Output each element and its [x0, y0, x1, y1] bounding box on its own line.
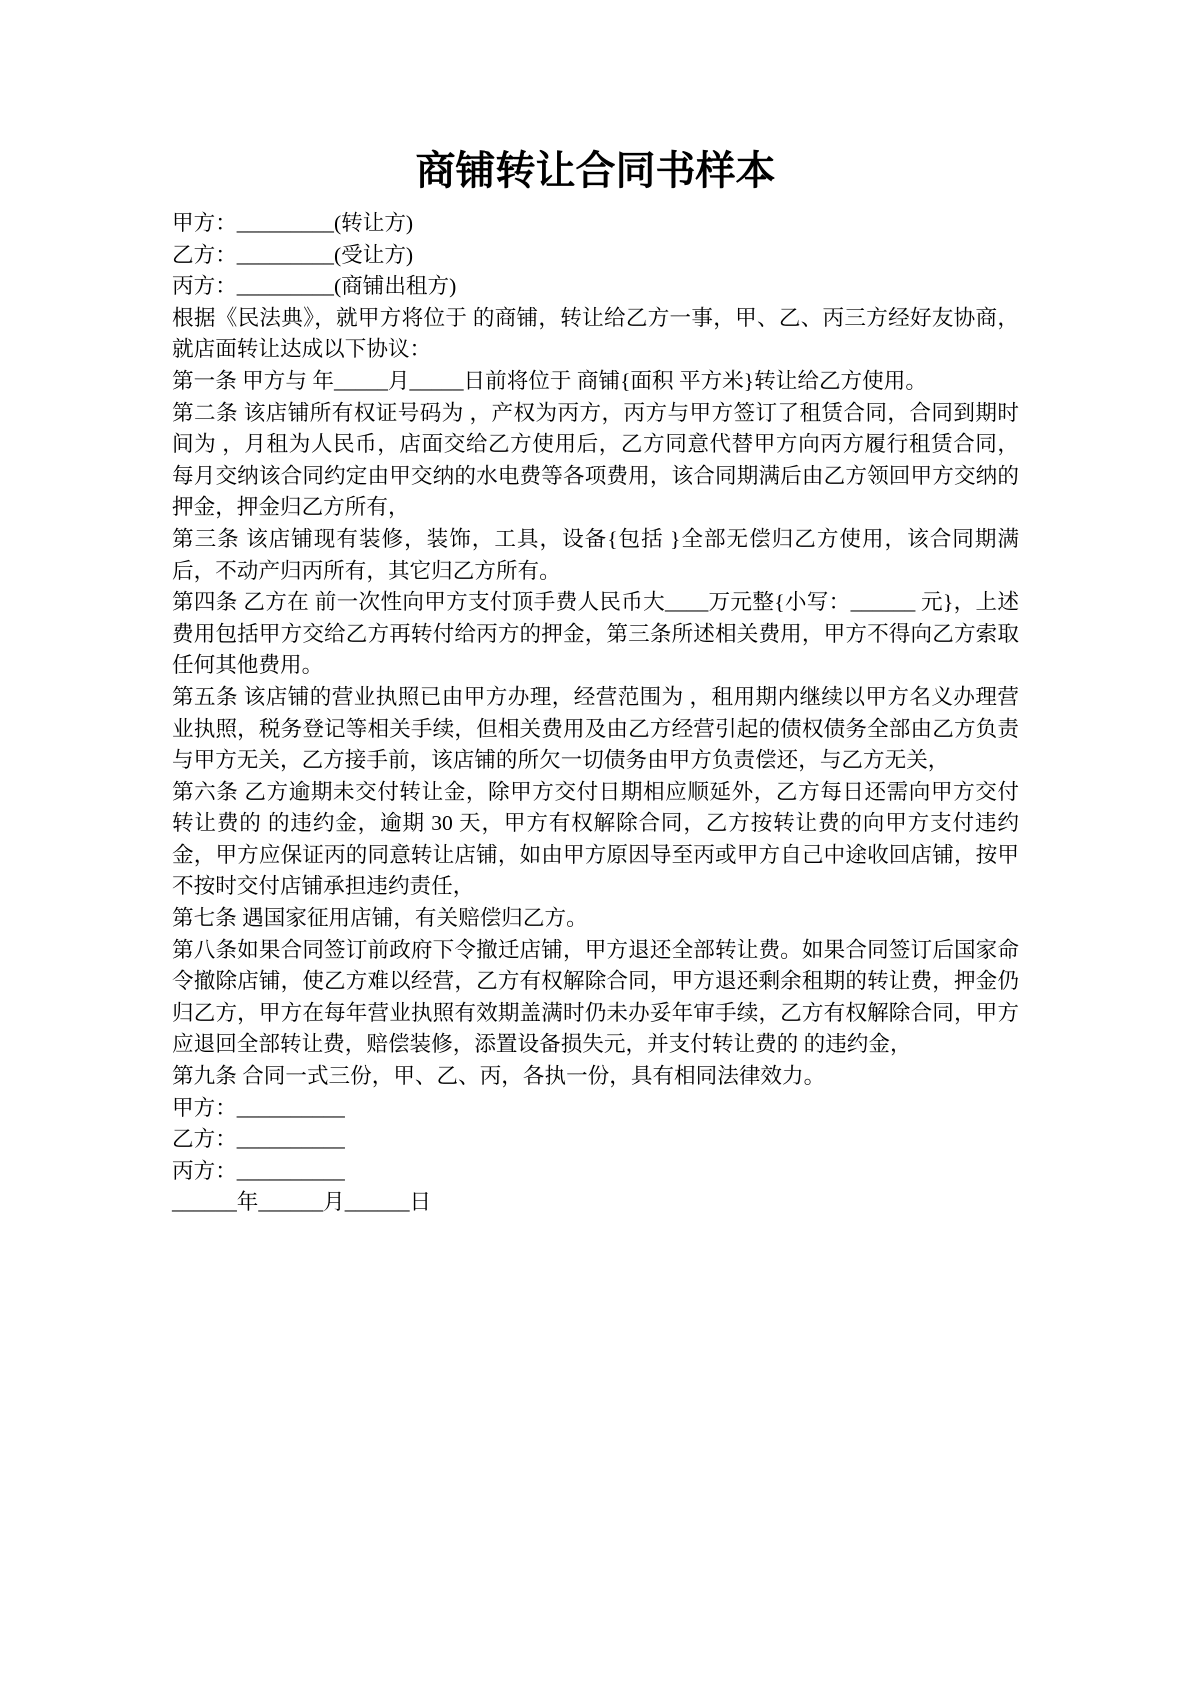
contract-page: 商铺转让合同书样本 甲方：_________(转让方) 乙方：_________… — [0, 0, 1190, 1683]
article-5: 第五条 该店铺的营业执照已由甲方办理，经营范围为 ，租用期内继续以甲方名义办理营… — [172, 682, 1019, 777]
signature-line-jia: 甲方：__________ — [172, 1093, 1019, 1125]
party-line-yi: 乙方：_________(受让方) — [172, 240, 1019, 272]
article-7: 第七条 遇国家征用店铺，有关赔偿归乙方。 — [172, 903, 1019, 935]
article-4: 第四条 乙方在 前一次性向甲方支付顶手费人民币大____万元整{小写：_____… — [172, 587, 1019, 682]
article-9: 第九条 合同一式三份，甲、乙、丙，各执一份，具有相同法律效力。 — [172, 1061, 1019, 1093]
date-line: ______年______月______日 — [172, 1187, 1019, 1219]
article-6: 第六条 乙方逾期未交付转让金，除甲方交付日期相应顺延外，乙方每日还需向甲方交付转… — [172, 777, 1019, 903]
article-8: 第八条如果合同签订前政府下令撤迁店铺，甲方退还全部转让费。如果合同签订后国家命令… — [172, 935, 1019, 1061]
article-3: 第三条 该店铺现有装修，装饰，工具，设备{包括 }全部无偿归乙方使用，该合同期满… — [172, 524, 1019, 587]
party-line-bing: 丙方：_________(商铺出租方) — [172, 271, 1019, 303]
party-line-jia: 甲方：_________(转让方) — [172, 208, 1019, 240]
signature-line-bing: 丙方：__________ — [172, 1156, 1019, 1188]
signature-line-yi: 乙方：__________ — [172, 1124, 1019, 1156]
article-2: 第二条 该店铺所有权证号码为 ，产权为丙方，丙方与甲方签订了租赁合同，合同到期时… — [172, 398, 1019, 524]
document-title: 商铺转让合同书样本 — [172, 146, 1019, 196]
article-1: 第一条 甲方与 年_____月_____日前将位于 商铺{面积 平方米}转让给乙… — [172, 366, 1019, 398]
preamble-paragraph: 根据《民法典》，就甲方将位于 的商铺，转让给乙方一事，甲、乙、丙三方经好友协商，… — [172, 303, 1019, 366]
